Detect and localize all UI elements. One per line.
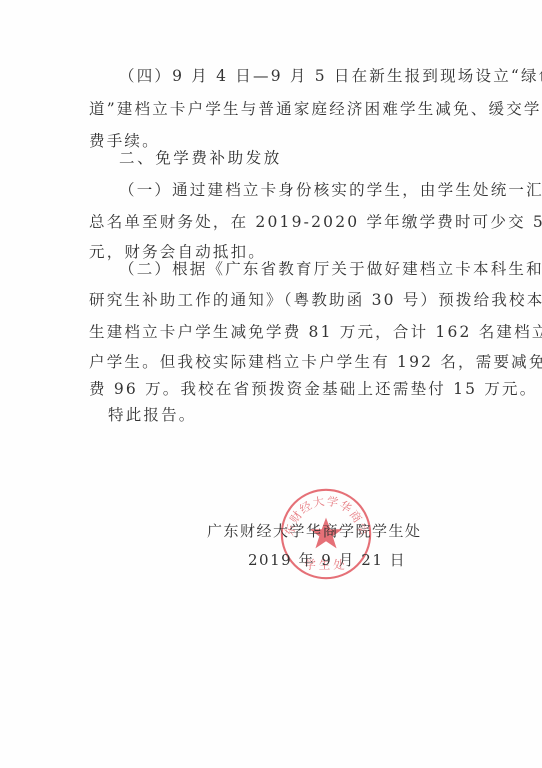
- paragraph-section2-item2-line-1: （二）根据《广东省教育厅关于做好建档立卡本科生和: [119, 259, 542, 279]
- paragraph-section2-item2-line-2: 研究生补助工作的通知》（粤教助函 30 号）预拨给我校本科: [89, 290, 542, 310]
- paragraph-section2-item1-line-2: 总名单至财务处，在 2019-2020 学年缴学费时可少交 5000: [89, 212, 542, 232]
- paragraph-item-4-line-1: （四）9 月 4 日—9 月 5 日在新生报到现场设立“绿色通: [119, 66, 542, 86]
- signature-date: 2019 年 9 月 21 日: [248, 550, 406, 570]
- document-page: （四）9 月 4 日—9 月 5 日在新生报到现场设立“绿色通 道”建档立卡户学…: [0, 0, 542, 768]
- signature-organization: 广东财经大学华商学院学生处: [207, 521, 422, 541]
- paragraph-section2-item2-line-4: 户学生。但我校实际建档立卡户学生有 192 名，需要减免学: [89, 352, 542, 372]
- closing-statement: 特此报告。: [108, 405, 197, 425]
- paragraph-section2-item1-line-1: （一）通过建档立卡身份核实的学生，由学生处统一汇: [119, 180, 542, 200]
- paragraph-section2-item2-line-5: 费 96 万。我校在省预拨资金基础上还需垫付 15 万元。: [89, 379, 537, 399]
- paragraph-section2-item2-line-3: 生建档立卡户学生减免学费 81 万元，合计 162 名建档立卡: [89, 322, 542, 342]
- paragraph-item-4-line-2: 道”建档立卡户学生与普通家庭经济困难学生减免、缓交学: [89, 99, 542, 119]
- section-heading: 二、免学费补助发放: [119, 148, 282, 168]
